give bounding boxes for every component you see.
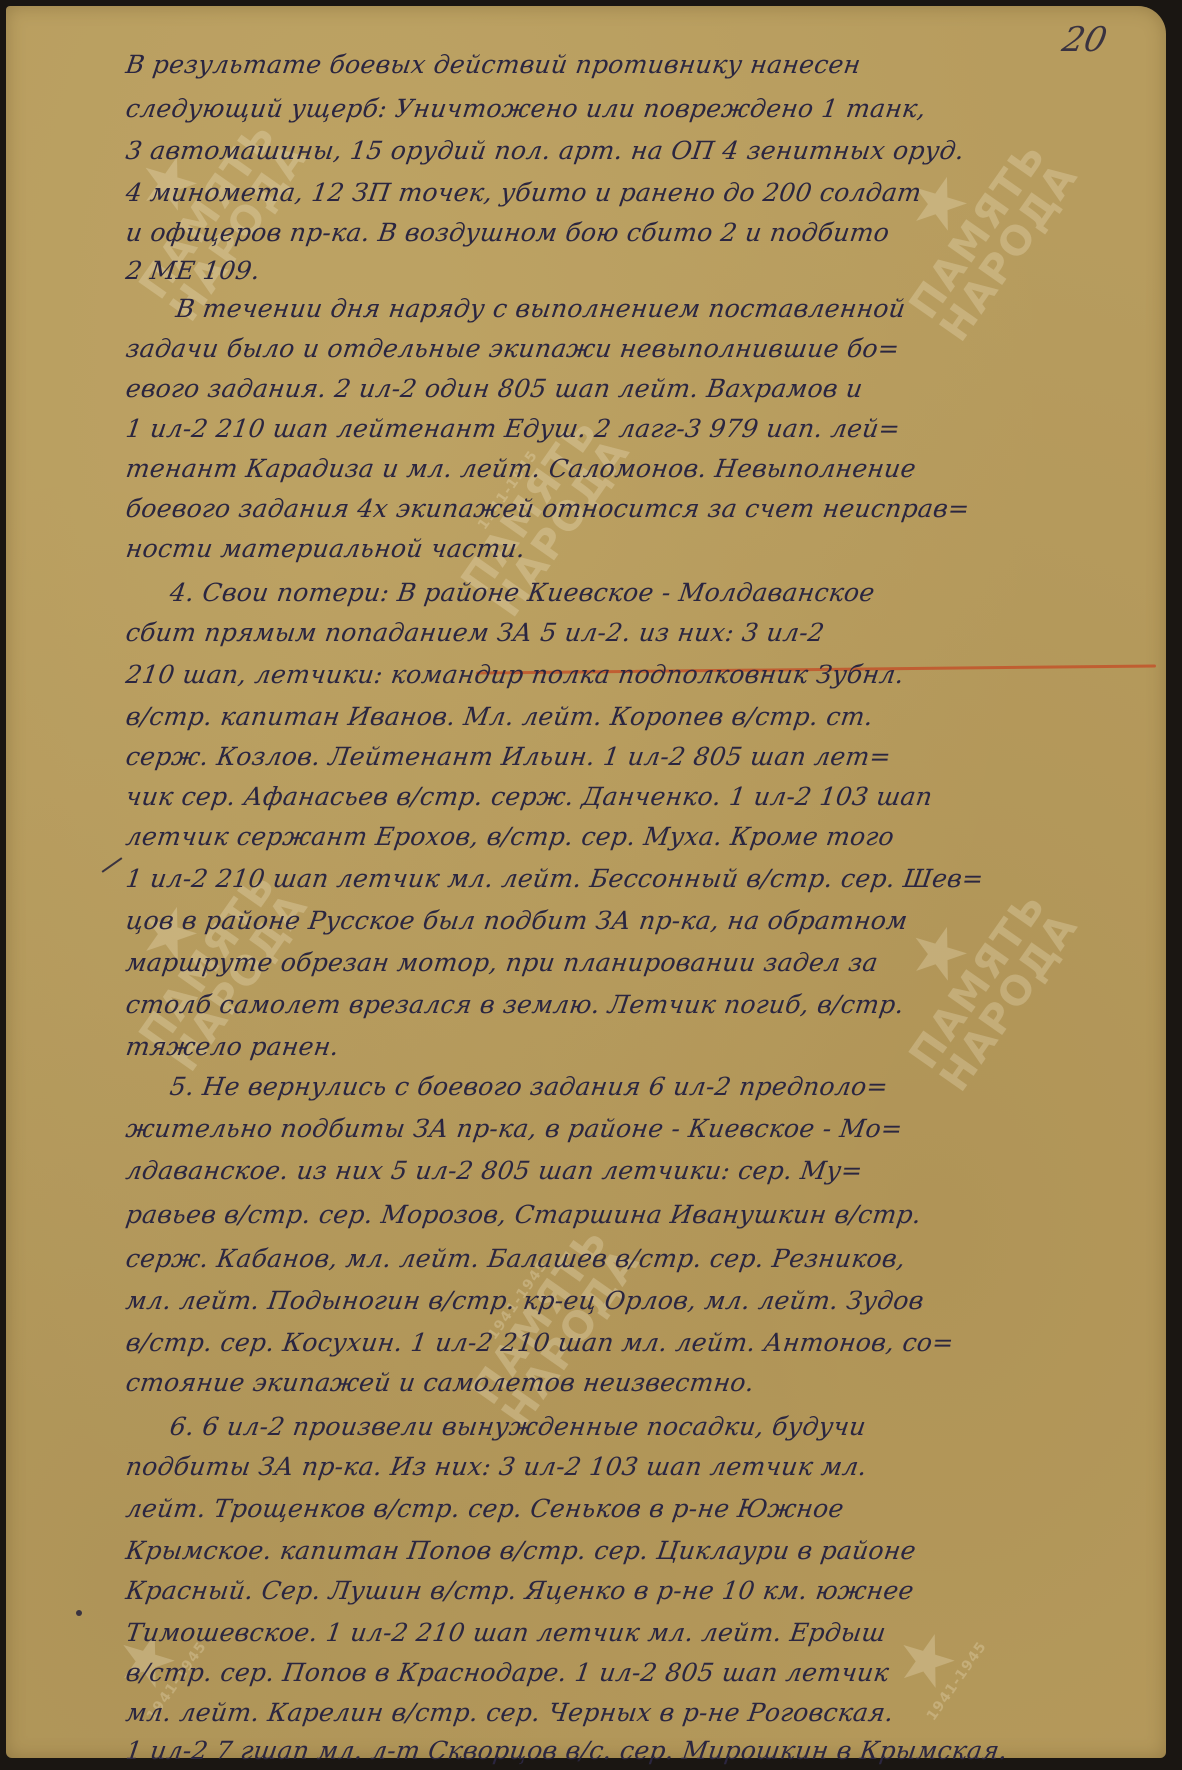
margin-tick-mark [76,1610,82,1616]
text-line: В течении дня наряду с выполнением поста… [174,294,1130,323]
text-line: 5. Не вернулись с боевого задания 6 ил-2… [168,1072,1130,1101]
text-line: тяжело ранен. [124,1032,1130,1061]
margin-tick-mark [102,857,123,872]
text-line: 6. 6 ил-2 произвели вынужденные посадки,… [168,1412,1130,1441]
text-line: Крымское. капитан Попов в/стр. сер. Цикл… [124,1536,1130,1565]
text-line: 4 миномета, 12 ЗП точек, убито и ранено … [124,178,1130,207]
text-line: 1 ил-2 7 гшап мл. л-т Скворцов в/с. сер.… [124,1736,1130,1765]
text-line: 1 ил-2 210 шап лейтенант Едуш. 2 лагг-3 … [124,414,1130,443]
text-line: Красный. Сер. Лушин в/стр. Яценко в р-не… [124,1576,1130,1605]
text-line: 210 шап, летчики: командир полка подполк… [124,660,1130,689]
text-line: подбиты ЗА пр-ка. Из них: 3 ил-2 103 шап… [124,1452,1130,1481]
text-line: 1 ил-2 210 шап летчик мл. лейт. Бессонны… [124,864,1130,893]
text-line: Тимошевское. 1 ил-2 210 шап летчик мл. л… [124,1618,1130,1647]
text-line: и офицеров пр-ка. В воздушном бою сбито … [124,218,1130,247]
text-line: задачи было и отдельные экипажи невыполн… [124,334,1130,363]
text-line: жительно подбиты ЗА пр-ка, в районе - Ки… [124,1114,1130,1143]
text-line: серж. Козлов. Лейтенант Ильин. 1 ил-2 80… [124,742,1130,771]
text-line: боевого задания 4х экипажей относится за… [124,494,1130,523]
text-line: цов в районе Русское был подбит ЗА пр-ка… [124,906,1130,935]
text-line: тенант Карадиза и мл. лейт. Саломонов. Н… [124,454,1130,483]
text-line: серж. Кабанов, мл. лейт. Балашев в/стр. … [124,1244,1130,1273]
text-line: ности материальной части. [124,534,1130,563]
text-line: чик сер. Афанасьев в/стр. серж. Данченко… [124,782,1130,811]
text-line: маршруте обрезан мотор, при планировании… [124,948,1130,977]
text-line: лейт. Трощенков в/стр. сер. Сеньков в р-… [124,1494,1130,1523]
text-line: мл. лейт. Карелин в/стр. сер. Черных в р… [124,1698,1130,1727]
text-line: 2 МЕ 109. [124,256,1130,285]
text-line: лдаванское. из них 5 ил-2 805 шап летчик… [124,1156,1130,1185]
text-line: равьев в/стр. сер. Морозов, Старшина Ива… [124,1200,1130,1229]
text-line: евого задания. 2 ил-2 один 805 шап лейт.… [124,374,1130,403]
text-line: 4. Свои потери: В районе Киевское - Молд… [168,578,1130,607]
text-line: летчик сержант Ерохов, в/стр. сер. Муха.… [124,822,1130,851]
text-line: столб самолет врезался в землю. Летчик п… [124,990,1130,1019]
text-line: в/стр. сер. Косухин. 1 ил-2 210 шап мл. … [124,1328,1130,1357]
text-line: сбит прямым попаданием ЗА 5 ил-2. из них… [124,618,1130,647]
document-page: 20 ★ ПАМЯТЬ НАРОДА ★ ПАМЯТЬ НАРОДА 1941-… [6,6,1166,1758]
text-line: 3 автомашины, 15 орудий пол. арт. на ОП … [124,136,1130,165]
text-line: стояние экипажей и самолетов неизвестно. [124,1368,1130,1397]
text-line: следующий ущерб: Уничтожено или поврежде… [124,94,1130,123]
text-line: мл. лейт. Подыногин в/стр. кр-ец Орлов, … [124,1286,1130,1315]
text-line: В результате боевых действий противнику … [124,50,1130,79]
text-line: в/стр. сер. Попов в Краснодаре. 1 ил-2 8… [124,1658,1130,1687]
text-line: в/стр. капитан Иванов. Мл. лейт. Коропев… [124,702,1130,731]
